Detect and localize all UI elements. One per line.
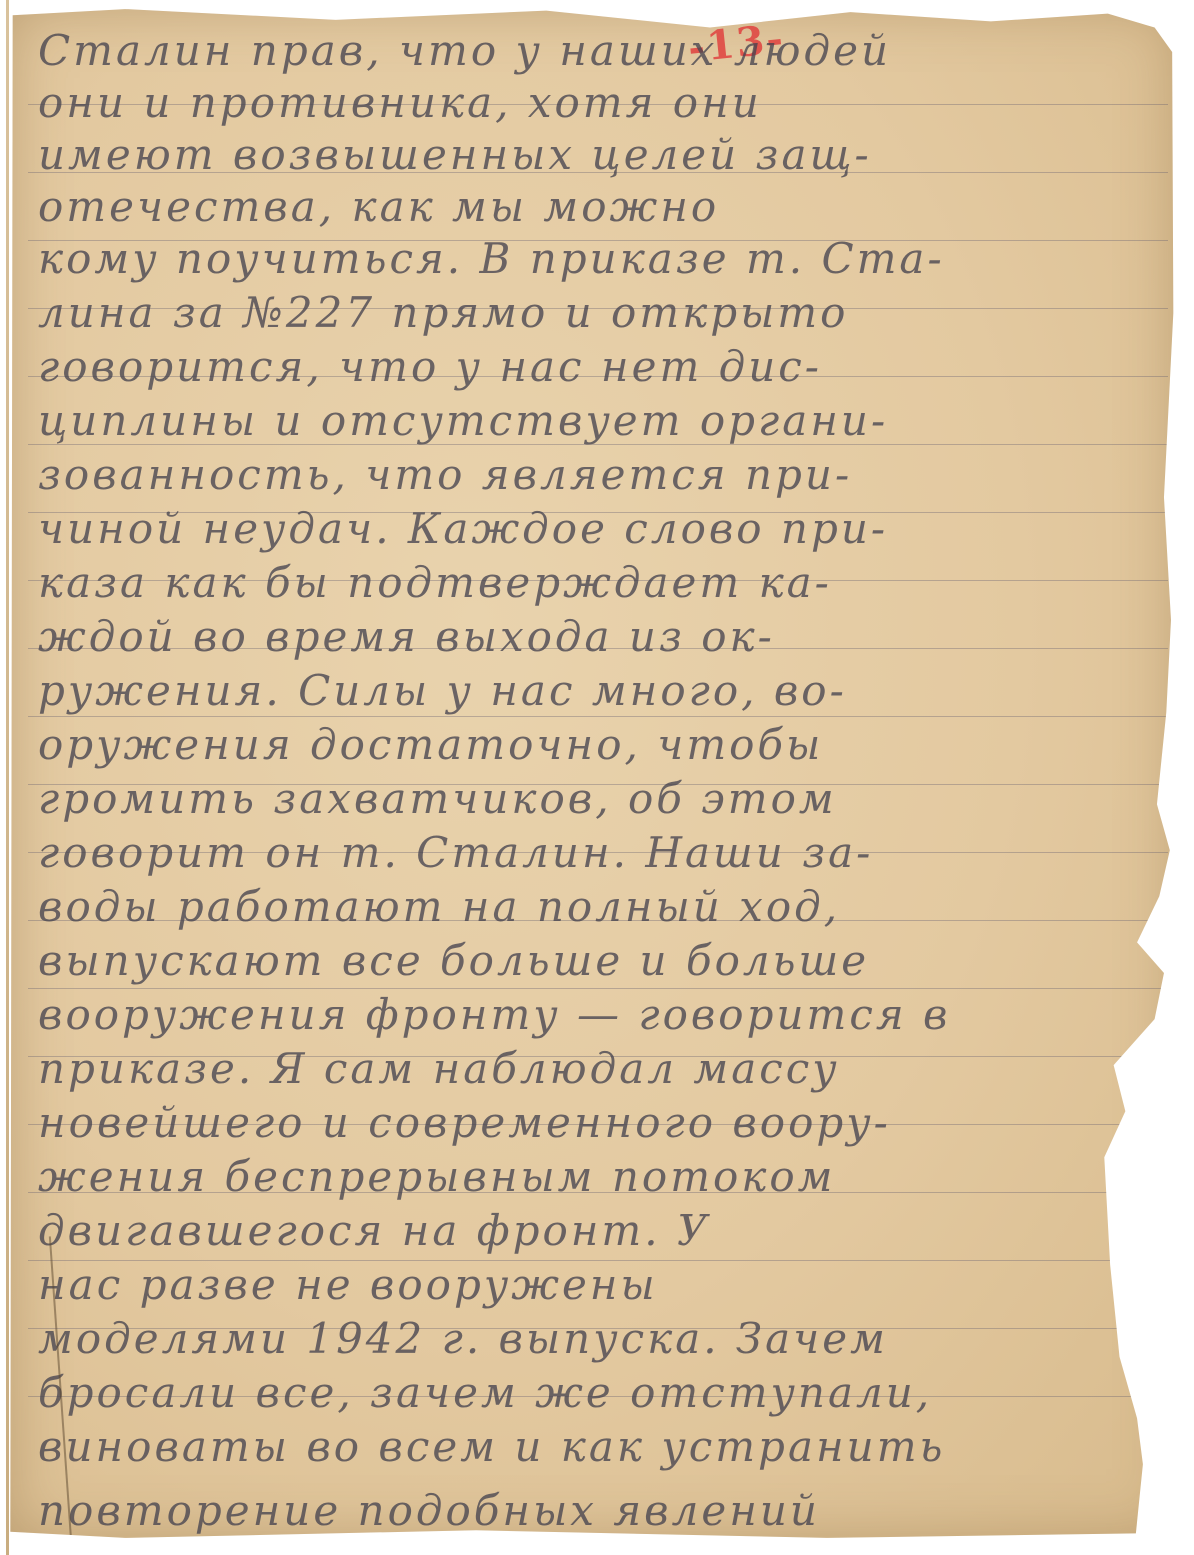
text-line: приказе. Я сам наблюдал массу [38, 1044, 840, 1093]
text-line: бросали все, зачем же отступали, [38, 1368, 932, 1417]
text-line: жения беспрерывным потоком [38, 1152, 836, 1201]
text-line: имеют возвышенных целей защ- [38, 130, 872, 179]
text-line: повторение подобных явлений [38, 1486, 820, 1535]
text-line: они и противника, хотя они [38, 78, 762, 127]
text-line: зованность, что является при- [38, 450, 852, 499]
text-line: Сталин прав, что у наших людей [38, 26, 891, 75]
ruled-line [28, 716, 1168, 717]
text-line: отечества, как мы можно [38, 182, 719, 231]
adjacent-page-edge [6, 0, 9, 1555]
text-line: говорит он т. Сталин. Наши за- [38, 828, 873, 877]
text-line: ружения. Силы у нас много, во- [38, 666, 847, 715]
text-line: двигавшегося на фронт. У [38, 1206, 710, 1255]
text-line: нас разве не вооружены [38, 1260, 658, 1309]
text-line: говорится, что у нас нет дис- [38, 342, 822, 391]
text-line: циплины и отсутствует органи- [38, 396, 888, 445]
text-line: громить захватчиков, об этом [38, 774, 837, 823]
text-line: воды работают на полный ход, [38, 882, 840, 931]
text-line: выпускают все больше и больше [38, 936, 869, 985]
text-line: новейшего и современного воору- [38, 1098, 891, 1147]
text-line: ждой во время выхода из ок- [38, 612, 775, 661]
text-line: вооружения фронту — говорится в [38, 990, 950, 1039]
text-line: виноваты во всем и как устранить [38, 1422, 945, 1471]
text-line: кому поучиться. В приказе т. Ста- [38, 234, 945, 283]
paper-sheet: -13- Сталин прав, что у наших людей они … [8, 6, 1178, 1541]
text-line: чиной неудач. Каждое слово при- [38, 504, 888, 553]
ruled-line [28, 988, 1168, 989]
text-line: моделями 1942 г. выпуска. Зачем [38, 1314, 888, 1363]
text-line: лина за №227 прямо и открыто [38, 288, 848, 337]
text-line: каза как бы подтверждает ка- [38, 558, 832, 607]
text-line: оружения достаточно, чтобы [38, 720, 823, 769]
